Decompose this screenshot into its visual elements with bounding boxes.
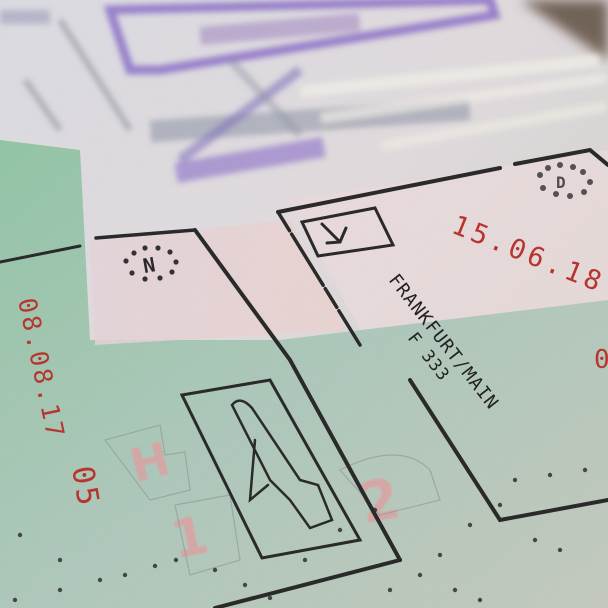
frankfurt-date-overflow: 0: [594, 345, 608, 375]
passport-photo: H 1 2: [0, 0, 608, 608]
frankfurt-country-code: D: [556, 173, 566, 192]
nl-code: 05: [64, 463, 106, 511]
